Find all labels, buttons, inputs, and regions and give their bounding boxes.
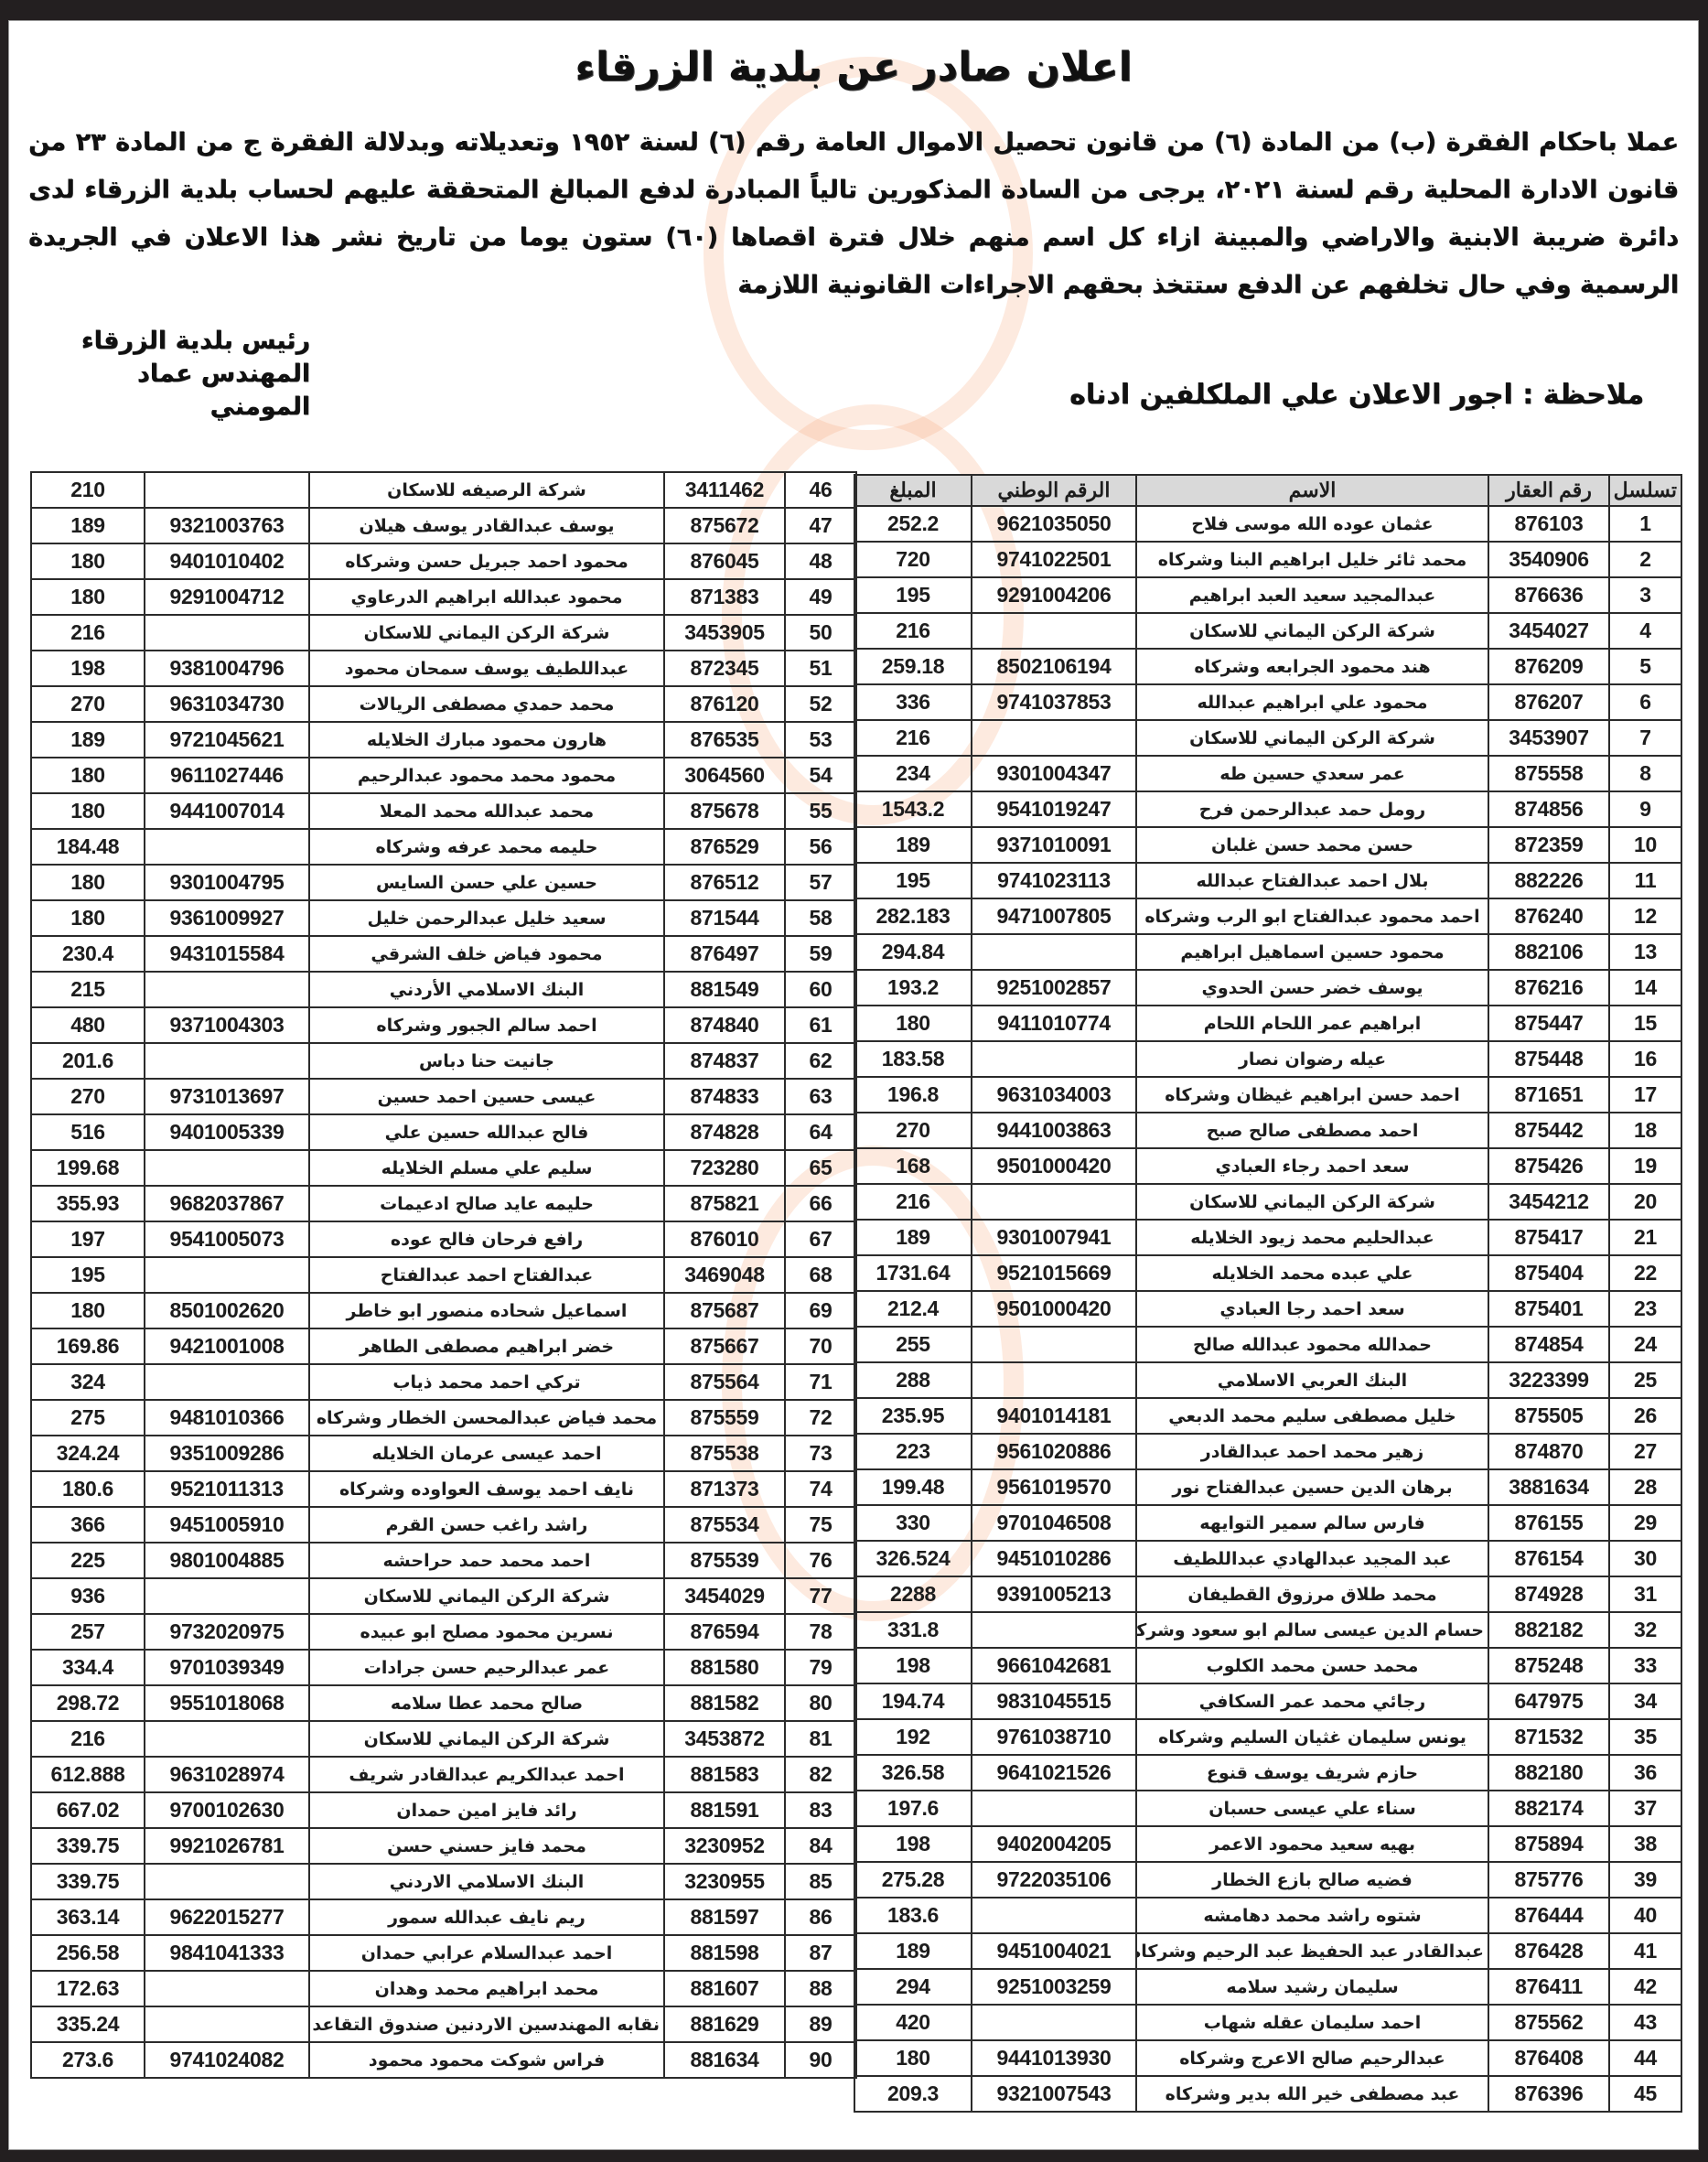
table-row: 283881634برهان الدين حسين عبدالفتاح نور9… [854,1469,1681,1505]
cell-name: هارون محمود مبارك الخلايله [309,722,664,758]
cell-name: صالح محمد عطا سلامه [309,1685,664,1721]
cell-seq: 73 [785,1436,856,1471]
cell-name: نسرين محمود مصلح ابو عبيده [309,1614,664,1650]
cell-seq: 50 [785,615,856,651]
cell-seq: 10 [1609,827,1681,863]
cell-amount: 183.58 [854,1041,972,1077]
cell-name: محمود عبدالله ابراهيم الدرعاوي [309,579,664,615]
cell-amount: 195 [854,577,972,613]
cell-amount: 180 [31,579,145,615]
cell-property-number: 876512 [664,865,785,900]
cell-amount: 192 [854,1719,972,1755]
table-row: 18875442احمد مصطفى صالح صبح9441003863270 [854,1113,1681,1148]
cell-property-number: 874870 [1488,1434,1609,1469]
cell-national-id [972,1612,1136,1648]
cell-national-id: 9371004303 [145,1007,309,1043]
table-row: 683469048عبدالفتاح احمد عبدالفتاح195 [31,1257,856,1293]
table-row: 82881583احمد عبدالكريم عبدالقادر شريف963… [31,1757,856,1792]
cell-name: احمد عيسى عرمان الخلايله [309,1436,664,1471]
table-row: 13882106محمود حسين اسماهيل ابراهيم294.84 [854,934,1681,970]
cell-seq: 43 [1609,2005,1681,2040]
cell-national-id: 9732020975 [145,1614,309,1650]
cell-national-id: 9441007014 [145,793,309,829]
cell-amount: 189 [854,1220,972,1255]
cell-property-number: 875442 [1488,1113,1609,1148]
cell-national-id: 9631028974 [145,1757,309,1792]
cell-amount: 212.4 [854,1291,972,1327]
cell-national-id [972,1791,1136,1826]
cell-amount: 196.8 [854,1077,972,1113]
cell-seq: 5 [1609,649,1681,684]
cell-seq: 71 [785,1364,856,1400]
cell-amount: 1731.64 [854,1255,972,1291]
cell-property-number: 647975 [1488,1683,1609,1719]
cell-property-number: 876529 [664,829,785,865]
cell-property-number: 3540906 [1488,542,1609,577]
cell-seq: 21 [1609,1220,1681,1255]
cell-property-number: 875448 [1488,1041,1609,1077]
cell-property-number: 871651 [1488,1077,1609,1113]
cell-national-id: 9701039349 [145,1650,309,1685]
cell-national-id [145,1150,309,1186]
cell-name: يوسف عبدالقادر يوسف هيلان [309,508,664,543]
signature-name: المهندس عماد المومني [45,358,310,424]
cell-national-id: 9551018068 [145,1685,309,1721]
cell-seq: 26 [1609,1398,1681,1434]
cell-national-id [145,1971,309,2006]
cell-amount: 201.6 [31,1043,145,1079]
cell-amount: 180 [854,1006,972,1041]
table-row: 64874828فالح عبدالله حسين علي94010053395… [31,1114,856,1150]
cell-seq: 76 [785,1543,856,1578]
cell-name: سناء علي عيسى حسبان [1136,1791,1488,1826]
cell-amount: 180.6 [31,1471,145,1507]
cell-seq: 70 [785,1328,856,1364]
cell-seq: 88 [785,1971,856,2006]
table-row: 53876535هارون محمود مبارك الخلايله972104… [31,722,856,758]
cell-seq: 89 [785,2006,856,2042]
cell-seq: 46 [785,472,856,508]
cell-amount: 326.524 [854,1541,972,1576]
cell-seq: 84 [785,1828,856,1864]
cell-seq: 78 [785,1614,856,1650]
cell-national-id: 9831045515 [972,1683,1136,1719]
cell-amount: 363.14 [31,1899,145,1935]
cell-amount: 199.68 [31,1150,145,1186]
table-row: 31874928محمد طلاق مرزوق القطيفان93910052… [854,1576,1681,1612]
cell-name: شركة الركن اليماني للاسكان [1136,1184,1488,1220]
table-row: 67876010رافع فرحان فالح عوده954100507319… [31,1221,856,1257]
cell-amount: 168 [854,1148,972,1184]
cell-amount: 257 [31,1614,145,1650]
cell-name: فالح عبدالله حسين علي [309,1114,664,1150]
cell-amount: 331.8 [854,1612,972,1648]
cell-amount: 282.183 [854,898,972,934]
header-seq: تسلسل [1609,475,1681,506]
cell-seq: 80 [785,1685,856,1721]
cell-amount: 169.86 [31,1328,145,1364]
cell-seq: 63 [785,1079,856,1114]
cell-property-number: 881598 [664,1935,785,1971]
cell-property-number: 874828 [664,1114,785,1150]
cell-national-id [972,1362,1136,1398]
cell-national-id: 9301007941 [972,1220,1136,1255]
cell-amount: 516 [31,1114,145,1150]
table-row: 36882180حازم شريف يوسف قنوع9641021526326… [854,1755,1681,1791]
cell-national-id: 9731013697 [145,1079,309,1114]
table-row: 773454029شركة الركن اليماني للاسكان936 [31,1578,856,1614]
cell-name: راشد راغب حسن القرم [309,1507,664,1543]
cell-property-number: 875687 [664,1293,785,1328]
cell-national-id: 9722035106 [972,1862,1136,1898]
cell-name: شركة الرصيفه للاسكان [309,472,664,508]
cell-property-number: 871544 [664,900,785,936]
cell-name: احمد عبدالكريم عبدالقادر شريف [309,1757,664,1792]
cell-name: اسماعيل شحاده منصور ابو خاطر [309,1293,664,1328]
cell-seq: 34 [1609,1683,1681,1719]
cell-name: محمد ابراهيم محمد وهدان [309,1971,664,2006]
cell-property-number: 876411 [1488,1969,1609,2005]
cell-seq: 81 [785,1721,856,1757]
cell-property-number: 876428 [1488,1933,1609,1969]
table-row: 51872345عبداللطيف يوسف سمحان محمود938100… [31,651,856,686]
cell-property-number: 875539 [664,1543,785,1578]
cell-name: فارس سالم سمير التوايهه [1136,1505,1488,1541]
cell-property-number: 876444 [1488,1898,1609,1933]
cell-property-number: 3469048 [664,1257,785,1293]
table-row: 80881582صالح محمد عطا سلامه9551018068298… [31,1685,856,1721]
table-row: 503453905شركة الركن اليماني للاسكان216 [31,615,856,651]
cell-national-id: 9321003763 [145,508,309,543]
cell-name: البنك العربي الاسلامي [1136,1362,1488,1398]
table-row: 76875539احمد محمد حمد حراحشه980100488522… [31,1543,856,1578]
table-row: 32882182حسام الدين عيسى سالم ابو سعود وش… [854,1612,1681,1648]
cell-name: البنك الاسلامي الاردني [309,1864,664,1899]
cell-seq: 59 [785,936,856,972]
cell-national-id: 9561020886 [972,1434,1136,1469]
cell-property-number: 3881634 [1488,1469,1609,1505]
cell-amount: 298.72 [31,1685,145,1721]
signature-title: رئيس بلدية الزرقاء [45,325,310,358]
cell-seq: 49 [785,579,856,615]
cell-amount: 1543.2 [854,791,972,827]
cell-seq: 42 [1609,1969,1681,2005]
cell-seq: 66 [785,1186,856,1221]
cell-name: حازم شريف يوسف قنوع [1136,1755,1488,1791]
cell-amount: 180 [31,1293,145,1328]
cell-national-id: 9402004205 [972,1826,1136,1862]
cell-property-number: 872345 [664,651,785,686]
cell-amount: 936 [31,1578,145,1614]
cell-amount: 667.02 [31,1792,145,1828]
cell-name: رجائي محمد عمر السكافي [1136,1683,1488,1719]
cell-amount: 198 [854,1826,972,1862]
cell-amount: 339.75 [31,1864,145,1899]
cell-property-number: 882226 [1488,863,1609,898]
cell-name: بلال احمد عبدالفتاح عبدالله [1136,863,1488,898]
cell-property-number: 881549 [664,972,785,1007]
cell-amount: 197 [31,1221,145,1257]
cell-national-id: 9371010091 [972,827,1136,863]
cell-name: رائد فايز امين حمدان [309,1792,664,1828]
table-row: 56876529حليمه محمد عرفه وشركاه184.48 [31,829,856,865]
cell-seq: 86 [785,1899,856,1935]
table-row: 40876444شتوه راشد محمد دهامشه183.6 [854,1898,1681,1933]
cell-national-id: 9521015669 [972,1255,1136,1291]
cell-national-id: 9741024082 [145,2042,309,2078]
cell-national-id: 9301004347 [972,756,1136,791]
taxpayers-table-right: تسلسل رقم العقار الاسم الرقم الوطني المب… [854,474,1682,2113]
cell-seq: 55 [785,793,856,829]
cell-name: محمود علي ابراهيم عبدالله [1136,684,1488,720]
table-row: 88881607محمد ابراهيم محمد وهدان172.63 [31,1971,856,2006]
cell-amount: 256.58 [31,1935,145,1971]
cell-property-number: 3453907 [1488,720,1609,756]
cell-seq: 36 [1609,1755,1681,1791]
cell-name: محمد فياض عبدالمحسن الخطار وشركاه [309,1400,664,1436]
cell-national-id: 9501000420 [972,1148,1136,1184]
table-row: 70875667خضر ابراهيم مصطفى الطاهر94210010… [31,1328,856,1364]
cell-amount: 193.2 [854,970,972,1006]
cell-property-number: 881591 [664,1792,785,1828]
cell-national-id: 9721045621 [145,722,309,758]
cell-seq: 16 [1609,1041,1681,1077]
cell-amount: 335.24 [31,2006,145,2042]
cell-national-id: 9521011313 [145,1471,309,1507]
table-row: 203454212شركة الركن اليماني للاسكان216 [854,1184,1681,1220]
cell-seq: 37 [1609,1791,1681,1826]
cell-amount: 720 [854,542,972,577]
cell-national-id: 9251002857 [972,970,1136,1006]
cell-name: بهيه سعيد محمود الاعمر [1136,1826,1488,1862]
cell-amount: 330 [854,1505,972,1541]
cell-property-number: 876010 [664,1221,785,1257]
cell-property-number: 3223399 [1488,1362,1609,1398]
cell-national-id [145,1257,309,1293]
cell-seq: 18 [1609,1113,1681,1148]
cell-seq: 61 [785,1007,856,1043]
cell-amount: 184.48 [31,829,145,865]
cell-national-id [145,972,309,1007]
cell-name: حسام الدين عيسى سالم ابو سعود وشركاه [1136,1612,1488,1648]
table-row: 14876216يوسف خضر حسن الحدوي9251002857193… [854,970,1681,1006]
cell-name: رافع فرحان فالح عوده [309,1221,664,1257]
cell-property-number: 876209 [1488,649,1609,684]
cell-name: عبدالرحيم صالح الاعرج وشركاه [1136,2040,1488,2076]
cell-national-id: 9801004885 [145,1543,309,1578]
cell-national-id: 9451005910 [145,1507,309,1543]
cell-amount: 189 [31,722,145,758]
cell-seq: 14 [1609,970,1681,1006]
cell-national-id [145,2006,309,2042]
cell-property-number: 3454212 [1488,1184,1609,1220]
cell-property-number: 876396 [1488,2076,1609,2112]
cell-amount: 189 [854,1933,972,1969]
cell-seq: 69 [785,1293,856,1328]
cell-national-id: 9701046508 [972,1505,1136,1541]
cell-property-number: 875248 [1488,1648,1609,1683]
cell-name: عبد مصطفى خير الله بدير وشركاه [1136,2076,1488,2112]
cell-name: محمد حسن محمد الكلوب [1136,1648,1488,1683]
cell-name: محمود حسين اسماهيل ابراهيم [1136,934,1488,970]
cell-property-number: 875534 [664,1507,785,1543]
cell-national-id [145,829,309,865]
cell-property-number: 874854 [1488,1327,1609,1362]
cell-seq: 28 [1609,1469,1681,1505]
cell-property-number: 876408 [1488,2040,1609,2076]
table-row: 22875404علي عبده محمد الخلايله9521015669… [854,1255,1681,1291]
table-row: 30876154عبد المجيد عبدالهادي عبداللطيف94… [854,1541,1681,1576]
cell-amount: 270 [31,1079,145,1114]
cell-amount: 180 [31,793,145,829]
cell-amount: 480 [31,1007,145,1043]
cell-name: سعد احمد رجا العبادي [1136,1291,1488,1327]
cell-property-number: 874840 [664,1007,785,1043]
table-row: 58871544سعيد خليل عبدالرحمن خليل93610099… [31,900,856,936]
table-row: 71875564تركي احمد محمد ذياب324 [31,1364,856,1400]
cell-seq: 53 [785,722,856,758]
cell-property-number: 875505 [1488,1398,1609,1434]
cell-seq: 25 [1609,1362,1681,1398]
table-row: 34647975رجائي محمد عمر السكافي9831045515… [854,1683,1681,1719]
cell-name: خليل مصطفى سليم محمد الدبعي [1136,1398,1488,1434]
cell-seq: 33 [1609,1648,1681,1683]
cell-seq: 32 [1609,1612,1681,1648]
cell-national-id: 9501000420 [972,1291,1136,1327]
cell-name: فضيه صالح بازع الخطار [1136,1862,1488,1898]
cell-seq: 45 [1609,2076,1681,2112]
cell-property-number: 876594 [664,1614,785,1650]
cell-name: محمد عبدالله محمد المعلا [309,793,664,829]
cell-property-number: 882106 [1488,934,1609,970]
cell-amount: 420 [854,2005,972,2040]
cell-property-number: 3230955 [664,1864,785,1899]
cell-seq: 90 [785,2042,856,2078]
cell-property-number: 871373 [664,1471,785,1507]
cell-name: شركة الركن اليماني للاسكان [309,615,664,651]
cell-seq: 6 [1609,684,1681,720]
cell-amount: 180 [31,758,145,793]
cell-national-id [145,1364,309,1400]
cell-amount: 273.6 [31,2042,145,2078]
table-row: 62874837جانيت حنا دباس201.6 [31,1043,856,1079]
cell-amount: 216 [854,1184,972,1220]
table-row: 43875562احمد سليمان عقله شهاب420 [854,2005,1681,2040]
cell-national-id: 9401005339 [145,1114,309,1150]
cell-seq: 9 [1609,791,1681,827]
cell-amount: 172.63 [31,1971,145,2006]
cell-seq: 23 [1609,1291,1681,1327]
cell-national-id: 9921026781 [145,1828,309,1864]
cell-seq: 79 [785,1650,856,1685]
table-row: 49871383محمود عبدالله ابراهيم الدرعاوي92… [31,579,856,615]
cell-national-id: 9611027446 [145,758,309,793]
cell-amount: 288 [854,1362,972,1398]
cell-amount: 294.84 [854,934,972,970]
table-row: 21875417عبدالحليم محمد زيود الخلايله9301… [854,1220,1681,1255]
cell-seq: 27 [1609,1434,1681,1469]
cell-name: البنك الاسلامي الأردني [309,972,664,1007]
table-row: 78876594نسرين محمود مصلح ابو عبيده973202… [31,1614,856,1650]
cell-amount: 324 [31,1364,145,1400]
cell-national-id [145,1043,309,1079]
cell-name: احمد سليمان عقله شهاب [1136,2005,1488,2040]
cell-national-id: 9621035050 [972,506,1136,542]
cell-property-number: 876535 [664,722,785,758]
cell-national-id: 9741022501 [972,542,1136,577]
cell-property-number: 881597 [664,1899,785,1935]
table-row: 55875678محمد عبدالله محمد المعلا94410070… [31,793,856,829]
table-row: 89881629نقابه المهندسين الاردنين صندوق ا… [31,2006,856,2042]
table-row: 24874854حمدالله محمود عبدالله صالح255 [854,1327,1681,1362]
cell-national-id: 9351009286 [145,1436,309,1471]
cell-name: عبد المجيد عبدالهادي عبداللطيف [1136,1541,1488,1576]
cell-national-id [145,1578,309,1614]
notice-body: عملا باحكام الفقرة (ب) من المادة (٦) من … [28,119,1679,309]
cell-property-number: 876207 [1488,684,1609,720]
cell-property-number: 876216 [1488,970,1609,1006]
table-row: 843230952محمد فايز حسني حسن9921026781339… [31,1828,856,1864]
cell-name: عثمان عوده الله موسى فلاح [1136,506,1488,542]
cell-name: تركي احمد محمد ذياب [309,1364,664,1400]
table-row: 15875447ابراهيم عمر اللحام اللحام9411010… [854,1006,1681,1041]
table-row: 73875538احمد عيسى عرمان الخلايله93510092… [31,1436,856,1471]
cell-name: محمد ثائر خليل ابراهيم البنا وشركاه [1136,542,1488,577]
cell-seq: 2 [1609,542,1681,577]
table-row: 17871651احمد حسن ابراهيم غيظان وشركاه963… [854,1077,1681,1113]
cell-property-number: 875667 [664,1328,785,1364]
cell-name: ابراهيم عمر اللحام اللحام [1136,1006,1488,1041]
cell-property-number: 3230952 [664,1828,785,1864]
cell-property-number: 871532 [1488,1719,1609,1755]
table-row: 19875426سعد احمد رجاء العبادي95010004201… [854,1148,1681,1184]
cell-amount: 326.58 [854,1755,972,1791]
cell-national-id: 9441003863 [972,1113,1136,1148]
cell-property-number: 3411462 [664,472,785,508]
table-row: 59876497محمود فياض خلف الشرقي94310155842… [31,936,856,972]
cell-name: حليمه محمد عرفه وشركاه [309,829,664,865]
cell-name: سعيد خليل عبدالرحمن خليل [309,900,664,936]
cell-seq: 83 [785,1792,856,1828]
cell-amount: 259.18 [854,649,972,684]
cell-seq: 24 [1609,1327,1681,1362]
cell-seq: 56 [785,829,856,865]
cell-amount: 199.48 [854,1469,972,1505]
cell-national-id: 9361009927 [145,900,309,936]
table-row: 87881598احمد عبدالسلام عرابي حمدان984104… [31,1935,856,1971]
header-amount: المبلغ [854,475,972,506]
cell-seq: 44 [1609,2040,1681,2076]
cell-name: شتوه راشد محمد دهامشه [1136,1898,1488,1933]
cell-property-number: 876636 [1488,577,1609,613]
cell-national-id: 9741023113 [972,863,1136,898]
cell-amount: 270 [854,1113,972,1148]
cell-national-id [972,613,1136,649]
table-row: 463411462شركة الرصيفه للاسكان210 [31,472,856,508]
table-row: 63874833عيسى حسين احمد حسين9731013697270 [31,1079,856,1114]
table-header-row: تسلسل رقم العقار الاسم الرقم الوطني المب… [854,475,1681,506]
cell-property-number: 875821 [664,1186,785,1221]
cell-seq: 58 [785,900,856,936]
cell-property-number: 881629 [664,2006,785,2042]
cell-name: فراس شوكت محمود محمود [309,2042,664,2078]
cell-amount: 189 [31,508,145,543]
cell-property-number: 3064560 [664,758,785,793]
cell-property-number: 723280 [664,1150,785,1186]
table-row: 813453872شركة الركن اليماني للاسكان216 [31,1721,856,1757]
table-row: 47875672يوسف عبدالقادر يوسف هيلان9321003… [31,508,856,543]
cell-property-number: 875426 [1488,1148,1609,1184]
